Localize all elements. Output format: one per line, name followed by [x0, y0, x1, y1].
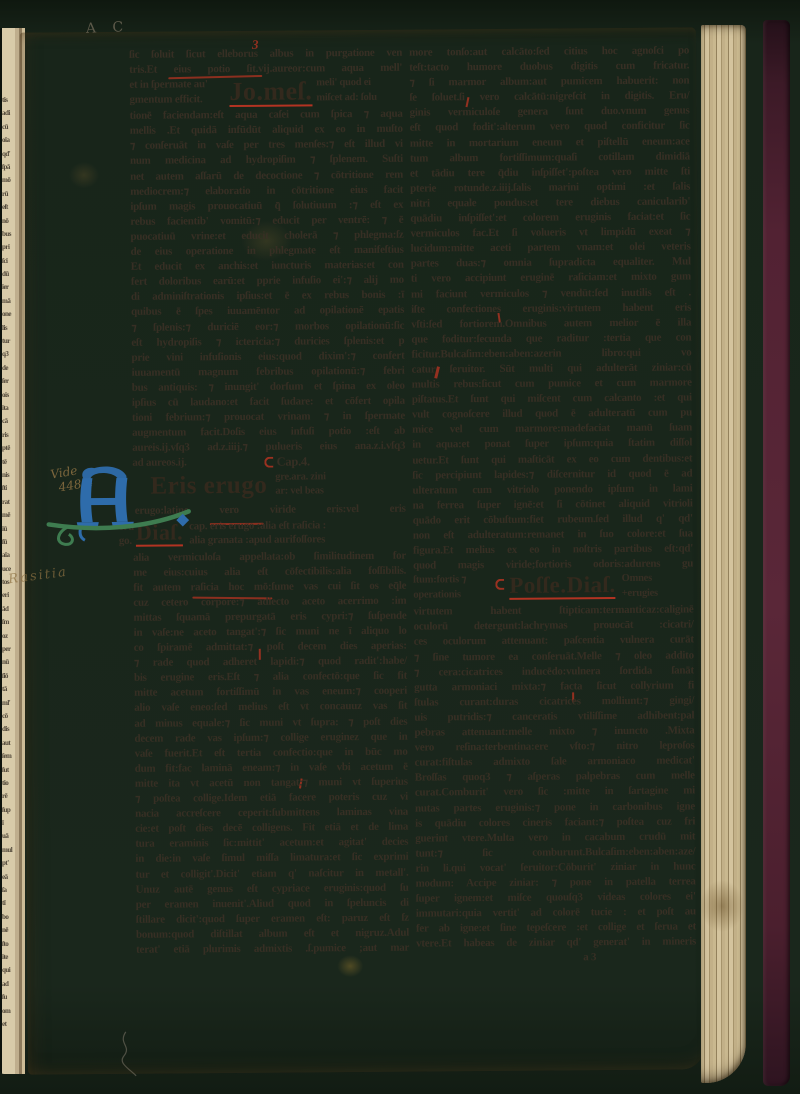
chapter-number: Cap.4. [277, 455, 310, 470]
gutter-page-fragment: rē [2, 790, 16, 803]
gutter-page-fragment: ad [2, 978, 16, 991]
gutter-page-fragment: ſa [2, 884, 16, 897]
text-line: +erugies [622, 586, 658, 601]
left-body-lines: tionē faciendam:eſt aqua caſei cum ſpica… [130, 107, 406, 456]
pen-flourish-icon [29, 506, 194, 553]
gutter-page-fragment: eā [2, 871, 16, 884]
text-line: gmentum efficit. [129, 92, 229, 108]
gutter-page-fragment: nē [2, 924, 16, 937]
text-line: ⁊ ſplenis:⁊ duriciē eor:⁊ morbos opilati… [131, 318, 404, 335]
text-line: aureis.ij.vſq3 ad.z.iiij.⁊ pulueris eius… [132, 439, 405, 456]
text-line: vtere.Et habeas de ziniar qd' generat' i… [416, 935, 696, 952]
gutter-page-fragment: ſto [2, 938, 16, 951]
gutter-page-fragment: de [2, 362, 16, 375]
gutter-page-fragment: mul [2, 844, 16, 857]
gutter-page-fragment: tis [2, 94, 16, 107]
gutter-page-fragment: cō [2, 710, 16, 723]
gutter-page-fragment: rū [2, 188, 16, 201]
jo-mes-heading-row: et in ſpermate au' gmentum efficit. Jo.m… [129, 76, 402, 109]
chapter-title-big-text: Eris erugo [150, 473, 267, 499]
fore-edge-pages [701, 25, 746, 1083]
text-line: tur et colligit'.Dicit' etiam q' naſcitu… [135, 865, 408, 882]
paper-stain [69, 162, 99, 188]
posse-dias-heading-row: ſtum:fortis ⁊ operationis Poſſe.Diaſ. Om… [413, 572, 693, 605]
jo-left-wrap: et in ſpermate au' gmentum efficit. [129, 77, 229, 108]
gutter-page-fragment: mō [2, 174, 16, 187]
text-line: curat.Comburit' vero ſic :mitte in ſarta… [415, 784, 695, 801]
text-line: eſt quod fodit':alterum vero quod confic… [410, 119, 690, 136]
gutter-page-fragment: tio [2, 777, 16, 790]
gutter-page-fragment: uā [2, 830, 16, 843]
gutter-page-fragment: qui [2, 964, 16, 977]
quire-signature: a 3 [416, 950, 696, 967]
text-line: me eius:cuius alia eſt cōfectibilis:alia… [133, 563, 406, 580]
chapter-opening: Eris erugo gre.ara. zini ar: vel beas er… [132, 470, 406, 550]
gutter-page-fragment: ſut [2, 764, 16, 777]
gutter-page-fragment: per [2, 643, 16, 656]
pencil-squiggle [106, 1030, 146, 1080]
text-line: uetur.Et ſunt qui maſticāt ex eo cum den… [412, 451, 692, 468]
right-head-lines: more tonſo:aut calcāto:ſed citius hoc ag… [409, 43, 693, 573]
text-line: gre.ara. zini [275, 471, 326, 485]
chapter-rubric-line: ad aureos.ij. Cap.4. [132, 454, 405, 471]
gutter-page-fragment: ī [2, 817, 16, 830]
gutter-page-fragment: pt' [2, 857, 16, 870]
gutter-page-fragment: ād [2, 603, 16, 616]
text-line: mi faciunt vermiculos ⁊ vendūt:ſed inuti… [411, 285, 691, 302]
left-opening-lines: ſic ſoluit ſicut elleborus albus in purg… [129, 46, 402, 78]
gutter-page-fragment: bus [2, 228, 16, 241]
text-line: Omnes [622, 572, 658, 587]
gutter-page-fragment: et [2, 1018, 16, 1031]
gutter-page-fragment: om [2, 1005, 16, 1018]
text-line: miſcet ad: ſolu [316, 91, 377, 106]
gutter-page-fragment: dū [2, 268, 16, 281]
pencil-shelfmark: A C [86, 19, 130, 37]
gutter-page-fragment: bo [2, 911, 16, 924]
gutter-page-fragment: ois [2, 389, 16, 402]
text-line: eſt hydropiſis ⁊ ictericia:⁊ duricies ſp… [131, 333, 404, 350]
gutter-page-fragment: ier [2, 281, 16, 294]
gutter-page-fragment: ſiō [2, 670, 16, 683]
gutter-page-fragment: mē [2, 509, 16, 522]
right-tail-lines: virtutem habent ſtipticam:termanticaz:ca… [413, 603, 696, 952]
gutter-page-fragment: mā [2, 295, 16, 308]
left-column: ſic ſoluit ſicut elleborus albus in purg… [129, 46, 409, 970]
gutter-page-fragment: qd' [2, 148, 16, 161]
gutter-page-fragment: ita [2, 402, 16, 415]
text-block: ſic ſoluit ſicut elleborus albus in purg… [129, 43, 696, 969]
left-tail-lines: alia vermiculoſa appellata:ob ſimilitudi… [133, 548, 409, 958]
posse-right-wrap: Omnes +erugies [622, 572, 658, 601]
text-line: nutas partes eruginis:⁊ pone in carbonib… [415, 799, 695, 816]
text-line: mitte in mortarium eneum et piſtellū ene… [410, 134, 690, 151]
gutter-page-fragment: one [2, 308, 16, 321]
gutter-page-fragment: oz [2, 630, 16, 643]
gutter-page-fragment: ml' [2, 697, 16, 710]
text-line: ad minus equale:⁊ ſic muni vt ſupra: ⁊ p… [134, 714, 407, 731]
text-line: net autem aſſarū de decoctione ⁊ cōtriti… [130, 167, 403, 184]
gutter-page-fragment: rat [2, 496, 16, 509]
text-line: iſte confectiones eruginis:virtutem habe… [411, 300, 691, 317]
gutter-page-fragment: ſpā [2, 161, 16, 174]
jo-right-wrap: meli' quod ei miſcet ad: ſolu [316, 76, 377, 105]
gutter-page-fragment: ſup [2, 804, 16, 817]
gutter-page-fragment: ſm [2, 616, 16, 629]
text-line: alio vaſe eneo:ſed melius eſt vt concauu… [134, 699, 407, 716]
text-line: ar: vel beas [275, 485, 326, 499]
gutter-page-fragment: adi [2, 107, 16, 120]
gutter-page-fragment: tī [2, 897, 16, 910]
text-line: ces oculorum attenuant: paſcentia vulner… [414, 633, 694, 650]
gutter-page-fragment: eri [2, 589, 16, 602]
rubric-pilcrow-icon [495, 579, 504, 590]
text-line: alia granata :apud aurifoſſores [189, 532, 326, 548]
gutter-page-fragment: ſū [2, 536, 16, 549]
text-line: ti vero accipiunt eruginē raſiciam:et mi… [411, 270, 691, 287]
text-line: is quādiu colores cineris faciant:⁊ poſt… [415, 814, 695, 831]
gutter-page-fragment: nū [2, 656, 16, 669]
text-line: Unuz autē genus eſt cypriace eruginis:qu… [136, 880, 409, 897]
jo-mes-big-text: Jo.meſ. [229, 79, 312, 108]
gutter-page-fragment: q3 [2, 348, 16, 361]
chapter-title-row: Eris erugo gre.ara. zini ar: vel beas [150, 470, 405, 504]
gutter-page-fragment: oīa [2, 134, 16, 147]
text-line: ⁊ ſine tumore ea conſeruāt.Melle ⁊ oleo … [414, 648, 694, 665]
text-line: in die:in vaſe ſimul miſſa limatura:et ſ… [135, 850, 408, 867]
text-line: terat' etiā plurimis admixtis .ſ.pumice … [136, 941, 409, 958]
gutter-page-fragment: pri [2, 241, 16, 254]
gutter-page-fragment: ſu [2, 991, 16, 1004]
text-line: et in ſpermate au' [129, 77, 229, 93]
gutter-page-fragment: lis [2, 322, 16, 335]
binding-cover-edge [763, 20, 790, 1086]
gutter-page-fragment: aīa [2, 549, 16, 562]
posse-dias-big-text: Poſſe.Diaſ. [509, 573, 616, 600]
scanned-book-photo: tisadicūoīaqd'ſpāmōrūeſtnōbuspriſcidūier… [0, 0, 800, 1094]
gutter-page-fragment: tē [2, 456, 16, 469]
right-column: more tonſo:aut calcāto:ſed citius hoc ag… [409, 43, 696, 967]
gutter-page-fragment: tur [2, 335, 16, 348]
text-line: quibus ē ſpes iuuamēntor ad opilationē e… [131, 303, 404, 320]
gutter-page-fragment: ſem [2, 750, 16, 763]
text-line: operationis [413, 588, 495, 603]
gutter-page-fragment: ite [2, 951, 16, 964]
posse-left-wrap: ſtum:fortis ⁊ operationis [413, 573, 495, 603]
gutter-page-fragment: ſti [2, 482, 16, 495]
text-line: in aqua:et ponat ſuper ipſum:quia ſtatim… [412, 436, 692, 453]
gutter-page-fragment: nō [2, 215, 16, 228]
gutter-page-fragment: ſer [2, 375, 16, 388]
book-page: A C Vide 448-4 Rasitia 3 ſic ſoluit ſicu… [20, 27, 704, 1074]
text-line: cap. eris erugo :alia eſt raſicia : [189, 518, 326, 534]
gutter-page-fragment: ris [2, 429, 16, 442]
rubric-pilcrow-icon [265, 457, 274, 468]
gutter-page-fragment: aut [2, 737, 16, 750]
gutter-page-fragment: ptē [2, 442, 16, 455]
chapter-rubric: Cap.4. [265, 455, 310, 470]
gutter-page-fragment: ſci [2, 255, 16, 268]
gutter-page-fragment: tā [2, 683, 16, 696]
gutter-page-fragment: dis [2, 723, 16, 736]
gutter-page-fragment: iū [2, 523, 16, 536]
text-line: ſtum:fortis ⁊ [413, 573, 495, 588]
gutter-page-fragment: eſt [2, 201, 16, 214]
chapter-gloss: gre.ara. zini ar: vel beas [275, 471, 326, 499]
gutter-page-fragment: cā [2, 415, 16, 428]
text-line: meli' quod ei [316, 76, 377, 91]
gutter-page-fragment: cū [2, 121, 16, 134]
dias-right-wrap: cap. eris erugo :alia eſt raſicia : alia… [189, 518, 326, 548]
text-line: num medicina ad hydropiſim ⁊ ſplenem. Su… [130, 152, 403, 169]
gutter-page-fragment: nis [2, 469, 16, 482]
